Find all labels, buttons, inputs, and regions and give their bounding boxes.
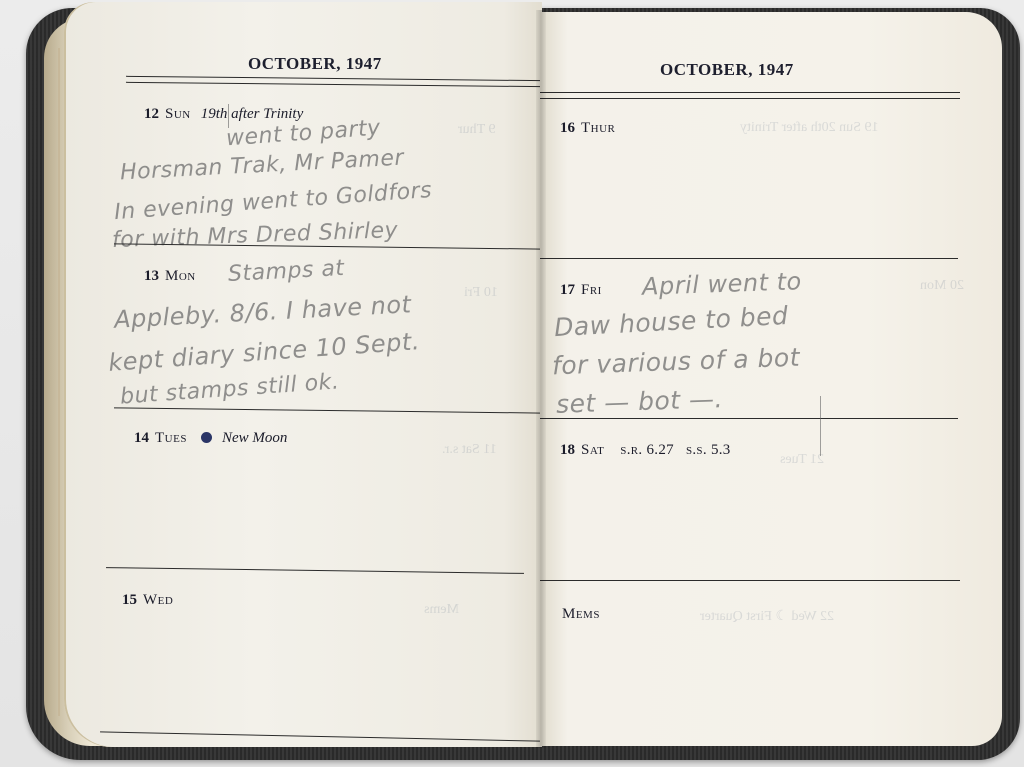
day-entry-12: 12Sun19th after Trinity	[144, 106, 303, 123]
day-number: 15	[122, 592, 137, 608]
header-rule	[540, 92, 960, 99]
day-name: Tues	[155, 430, 187, 446]
handwritten-line: April went to	[642, 267, 803, 301]
pencil-mark	[820, 396, 821, 456]
handwritten-line: Stamps at	[227, 255, 345, 289]
handwritten-line: kept diary since 10 Sept.	[107, 327, 420, 377]
bleed-through-text: 11 Sat s.r.	[442, 442, 497, 458]
day-number: 16	[560, 120, 575, 136]
handwritten-line: but stamps still ok.	[119, 368, 340, 411]
day-entry-15: 15Wed	[122, 592, 173, 609]
page-bottom-rule	[100, 731, 540, 741]
liturgical-note: 19th after Trinity	[201, 106, 304, 122]
day-divider	[540, 580, 960, 581]
day-number: 14	[134, 430, 149, 446]
day-number: 17	[560, 282, 575, 298]
moon-phase-note: New Moon	[222, 430, 287, 446]
left-page-header: OCTOBER, 1947	[248, 54, 382, 74]
right-page: OCTOBER, 1947 19 Sun 20th after Trinity …	[540, 12, 1002, 746]
handwritten-line: set — bot —.	[556, 385, 724, 419]
book-gutter	[536, 10, 546, 748]
day-entry-13: 13Mon	[144, 268, 196, 285]
day-entry-16: 16Thur	[560, 120, 615, 137]
handwritten-line: for various of a bot	[552, 344, 801, 381]
right-page-header: OCTOBER, 1947	[660, 60, 794, 80]
bleed-through-text: 20 Mon	[920, 278, 964, 294]
header-rule	[126, 76, 542, 87]
mems-section: Mems	[562, 606, 600, 623]
day-name: Fri	[581, 282, 602, 298]
day-divider	[540, 258, 958, 259]
mems-label: Mems	[562, 606, 600, 622]
day-number: 13	[144, 268, 159, 284]
day-number: 18	[560, 442, 575, 458]
sunrise-time: s.r. 6.27	[620, 442, 674, 458]
bleed-through-text: Mems	[424, 602, 459, 618]
bleed-through-text: 22 Wed ☽ First Quarter	[700, 608, 834, 625]
handwritten-line: Daw house to bed	[553, 302, 789, 342]
left-page: OCTOBER, 1947 9 Thur 10 Fri 11 Sat s.r. …	[64, 2, 542, 747]
day-entry-14: 14TuesNew Moon	[134, 430, 287, 447]
day-number: 12	[144, 106, 159, 122]
day-name: Sun	[165, 106, 191, 122]
day-name: Mon	[165, 268, 196, 284]
bleed-through-text: 19 Sun 20th after Trinity	[740, 120, 878, 136]
day-divider	[540, 418, 958, 419]
handwritten-line: Appleby. 8/6. I have not	[113, 290, 412, 334]
bleed-through-text: 21 Tues	[780, 452, 824, 468]
day-name: Thur	[581, 120, 615, 136]
day-entry-18: 18Sats.r. 6.27s.s. 5.3	[560, 442, 731, 459]
bleed-through-text: 9 Thur	[458, 122, 495, 138]
day-name: Wed	[143, 592, 173, 608]
bleed-through-text: 10 Fri	[464, 285, 498, 301]
day-name: Sat	[581, 442, 604, 458]
sunset-time: s.s. 5.3	[686, 442, 731, 458]
diary-photo: OCTOBER, 1947 9 Thur 10 Fri 11 Sat s.r. …	[0, 0, 1024, 767]
new-moon-icon	[201, 432, 212, 443]
day-divider	[106, 567, 524, 574]
day-entry-17: 17Fri	[560, 282, 602, 299]
day-divider	[114, 407, 542, 413]
